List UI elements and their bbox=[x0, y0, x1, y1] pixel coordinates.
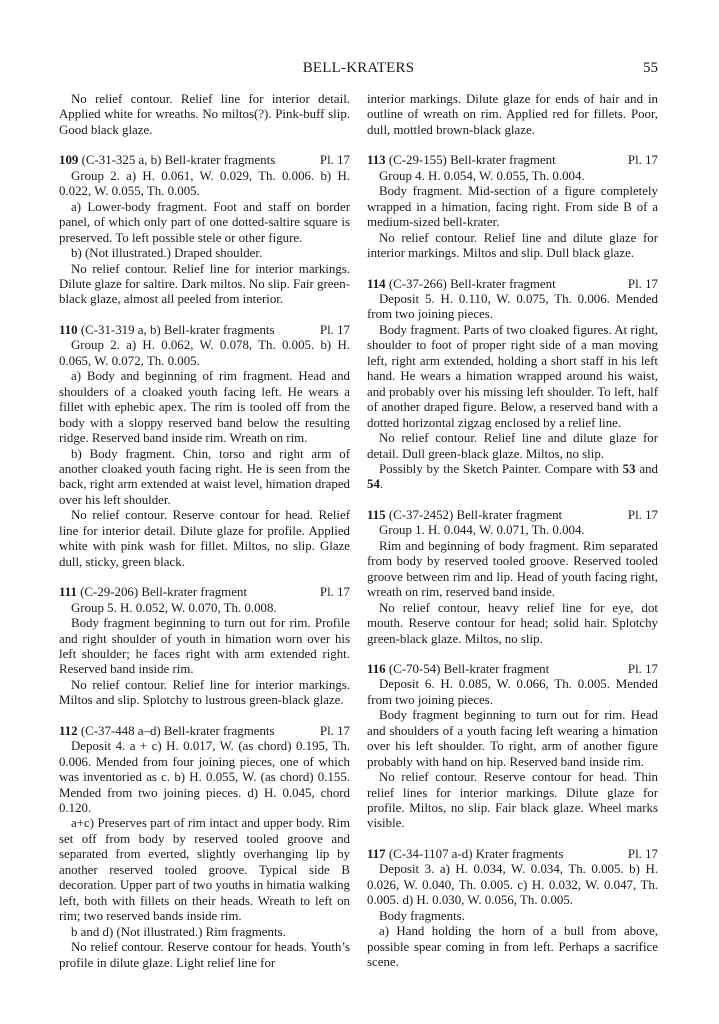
continuation-text: No relief contour. Relief line for inter… bbox=[59, 92, 350, 138]
entry-paragraph: Group 5. H. 0.052, W. 0.070, Th. 0.008. bbox=[59, 601, 350, 616]
entry-paragraph: a+c) Preserves part of rim intact and up… bbox=[59, 816, 350, 924]
entry-heading: 109 (C-31-325 a, b) Bell-krater fragment… bbox=[59, 153, 350, 168]
entry-heading: 117 (C-34-1107 a-d) Krater fragments Pl.… bbox=[367, 847, 658, 862]
attribution-text: . bbox=[380, 477, 383, 491]
entry-number: 112 bbox=[59, 724, 78, 738]
entry-paragraph: Body fragment beginning to turn out for … bbox=[367, 708, 658, 770]
entry-paragraph: Group 2. a) H. 0.062, W. 0.078, Th. 0.00… bbox=[59, 338, 350, 369]
entry-number: 113 bbox=[367, 153, 386, 167]
plate-ref: Pl. 17 bbox=[320, 153, 350, 168]
plate-ref: Pl. 17 bbox=[320, 323, 350, 338]
catalog-entry-113: 113 (C-29-155) Bell-krater fragment Pl. … bbox=[367, 153, 658, 261]
entry-title: (C-37-266) Bell-krater fragment bbox=[386, 277, 556, 291]
entry-paragraph: No relief contour. Relief line and dilut… bbox=[367, 431, 658, 462]
left-column: No relief contour. Relief line for inter… bbox=[59, 92, 350, 971]
entry-number: 110 bbox=[59, 323, 78, 337]
entry-paragraph: Deposit 5. H. 0.110, W. 0.075, Th. 0.006… bbox=[367, 292, 658, 323]
catalog-entry-112: 112 (C-37-448 a–d) Bell-krater fragments… bbox=[59, 724, 350, 971]
entry-paragraph: b) (Not illustrated.) Draped shoulder. bbox=[59, 246, 350, 261]
entry-paragraph: b and d) (Not illustrated.) Rim fragment… bbox=[59, 925, 350, 940]
entry-title: (C-37-448 a–d) Bell-krater fragments bbox=[78, 724, 275, 738]
entry-title: (C-31-319 a, b) Bell-krater fragments bbox=[78, 323, 275, 337]
entry-paragraph: Group 1. H. 0.044, W. 0.071, Th. 0.004. bbox=[367, 523, 658, 538]
catalog-entry-110: 110 (C-31-319 a, b) Bell-krater fragment… bbox=[59, 323, 350, 570]
entry-paragraph: No relief contour. Reserve contour for h… bbox=[367, 770, 658, 832]
entry-paragraph: b) Body fragment. Chin, torso and right … bbox=[59, 447, 350, 509]
entry-number: 117 bbox=[367, 847, 386, 861]
entry-paragraph: a) Lower-body fragment. Foot and staff o… bbox=[59, 200, 350, 246]
catalog-entry-117: 117 (C-34-1107 a-d) Krater fragments Pl.… bbox=[367, 847, 658, 971]
entry-heading: 113 (C-29-155) Bell-krater fragment Pl. … bbox=[367, 153, 658, 168]
right-column: interior markings. Dilute glaze for ends… bbox=[367, 92, 658, 971]
page-number: 55 bbox=[643, 60, 658, 77]
entry-title: (C-29-155) Bell-krater fragment bbox=[386, 153, 556, 167]
entry-paragraph: Body fragment beginning to turn out for … bbox=[59, 616, 350, 678]
entry-paragraph: Group 2. a) H. 0.061, W. 0.029, Th. 0.00… bbox=[59, 169, 350, 200]
plate-ref: Pl. 17 bbox=[628, 508, 658, 523]
catalog-entry-114: 114 (C-37-266) Bell-krater fragment Pl. … bbox=[367, 277, 658, 493]
entry-paragraph: Body fragment. Parts of two cloaked figu… bbox=[367, 323, 658, 431]
entry-paragraph: No relief contour. Reserve contour for h… bbox=[59, 508, 350, 570]
entry-number: 114 bbox=[367, 277, 386, 291]
entry-paragraph: No relief contour. Relief line for inter… bbox=[59, 678, 350, 709]
entry-title: (C-70-54) Bell-krater fragment bbox=[386, 662, 550, 676]
entry-heading: 110 (C-31-319 a, b) Bell-krater fragment… bbox=[59, 323, 350, 338]
running-header: BELL-KRATERS 55 bbox=[59, 60, 658, 80]
catalog-entry-111: 111 (C-29-206) Bell-krater fragment Pl. … bbox=[59, 585, 350, 709]
entry-title: (C-34-1107 a-d) Krater fragments bbox=[386, 847, 564, 861]
entry-paragraph: Deposit 6. H. 0.085, W. 0.066, Th. 0.005… bbox=[367, 677, 658, 708]
entry-title: (C-29-206) Bell-krater fragment bbox=[77, 585, 247, 599]
plate-ref: Pl. 17 bbox=[628, 662, 658, 677]
attribution-text: Possibly by the Sketch Painter. Compare … bbox=[379, 462, 623, 476]
entry-paragraph: Deposit 3. a) H. 0.034, W. 0.034, Th. 0.… bbox=[367, 862, 658, 908]
plate-ref: Pl. 17 bbox=[628, 277, 658, 292]
continuation-text: interior markings. Dilute glaze for ends… bbox=[367, 92, 658, 138]
entry-heading: 112 (C-37-448 a–d) Bell-krater fragments… bbox=[59, 724, 350, 739]
entry-number: 115 bbox=[367, 508, 386, 522]
entry-paragraph: Deposit 4. a + c) H. 0.017, W. (as chord… bbox=[59, 739, 350, 816]
attribution-paragraph: Possibly by the Sketch Painter. Compare … bbox=[367, 462, 658, 493]
plate-ref: Pl. 17 bbox=[320, 724, 350, 739]
entry-paragraph: a) Hand holding the horn of a bull from … bbox=[367, 924, 658, 970]
catalog-entry-116: 116 (C-70-54) Bell-krater fragment Pl. 1… bbox=[367, 662, 658, 832]
entry-heading: 116 (C-70-54) Bell-krater fragment Pl. 1… bbox=[367, 662, 658, 677]
entry-paragraph: a) Body and beginning of rim fragment. H… bbox=[59, 369, 350, 446]
entry-heading: 111 (C-29-206) Bell-krater fragment Pl. … bbox=[59, 585, 350, 600]
entry-paragraph: No relief contour. Relief line for inter… bbox=[59, 262, 350, 308]
cross-reference-53: 53 bbox=[623, 462, 636, 476]
plate-ref: Pl. 17 bbox=[320, 585, 350, 600]
entry-number: 116 bbox=[367, 662, 386, 676]
running-title: BELL-KRATERS bbox=[59, 60, 658, 77]
entry-paragraph: No relief contour. Reserve contour for h… bbox=[59, 940, 350, 971]
plate-ref: Pl. 17 bbox=[628, 847, 658, 862]
entry-number: 111 bbox=[59, 585, 77, 599]
entry-paragraph: Group 4. H. 0.054, W. 0.055, Th. 0.004. bbox=[367, 169, 658, 184]
entry-paragraph: Body fragments. bbox=[367, 909, 658, 924]
entry-paragraph: Rim and beginning of body fragment. Rim … bbox=[367, 539, 658, 601]
entry-heading: 115 (C-37-2452) Bell-krater fragment Pl.… bbox=[367, 508, 658, 523]
entry-paragraph: No relief contour, heavy relief line for… bbox=[367, 601, 658, 647]
plate-ref: Pl. 17 bbox=[628, 153, 658, 168]
entry-title: (C-31-325 a, b) Bell-krater fragments bbox=[78, 153, 275, 167]
entry-paragraph: No relief contour. Relief line and dilut… bbox=[367, 231, 658, 262]
entry-number: 109 bbox=[59, 153, 78, 167]
entry-paragraph: Body fragment. Mid-section of a figure c… bbox=[367, 184, 658, 230]
entry-title: (C-37-2452) Bell-krater fragment bbox=[386, 508, 562, 522]
cross-reference-54: 54 bbox=[367, 477, 380, 491]
attribution-text: and bbox=[636, 462, 658, 476]
catalog-entry-109: 109 (C-31-325 a, b) Bell-krater fragment… bbox=[59, 153, 350, 308]
catalog-entry-115: 115 (C-37-2452) Bell-krater fragment Pl.… bbox=[367, 508, 658, 647]
entry-heading: 114 (C-37-266) Bell-krater fragment Pl. … bbox=[367, 277, 658, 292]
